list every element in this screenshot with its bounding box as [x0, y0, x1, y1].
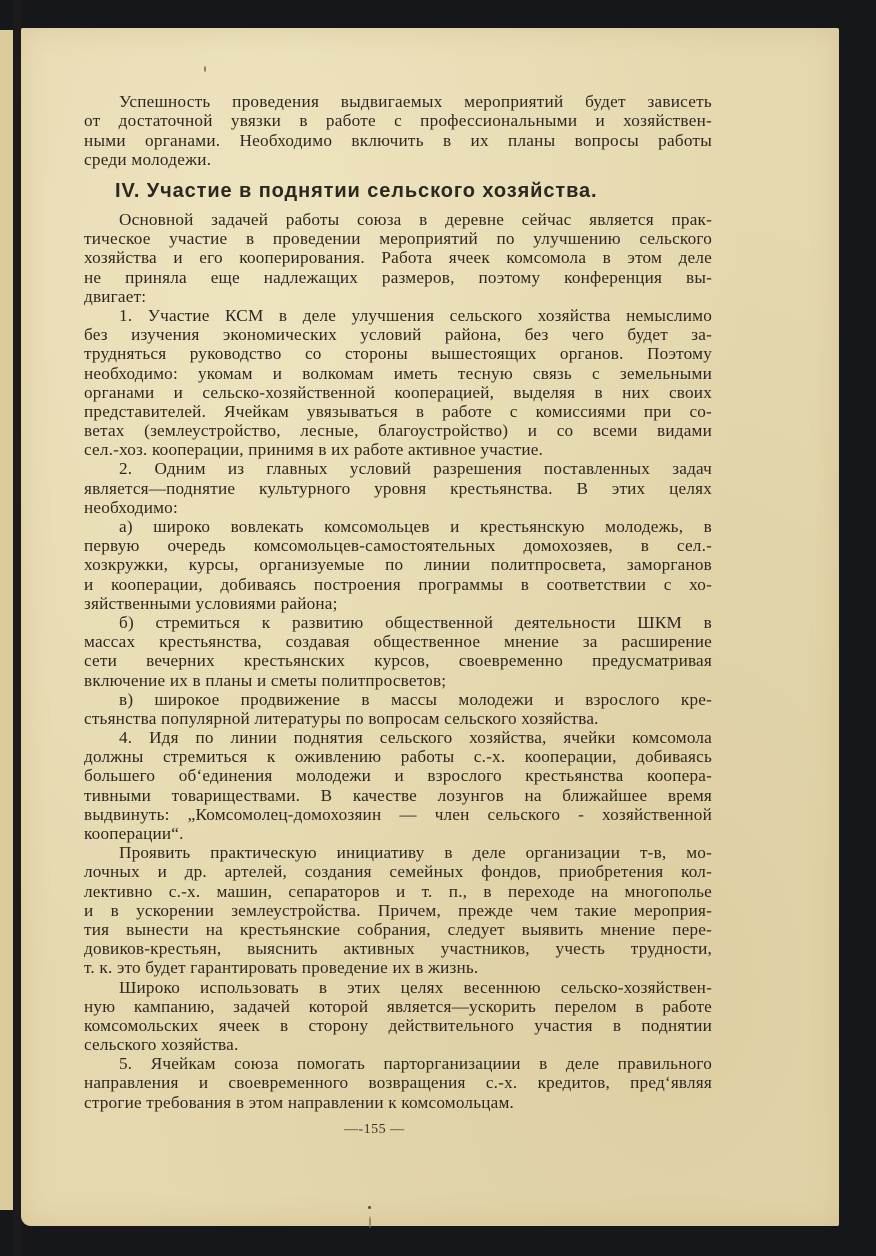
body-line: Широко использовать в этих целях весенню…	[84, 978, 712, 997]
body-line: довиков-крестьян, выяснить активных учас…	[84, 939, 712, 958]
page-number: —-155 —	[344, 1122, 405, 1138]
body-line: ную кампанию, задачей которой является—у…	[84, 997, 712, 1016]
body-line: должны стремиться к оживлению работы с.-…	[84, 747, 712, 766]
body-line: трудняться руководство со стороны вышест…	[84, 344, 712, 363]
paper-speck	[204, 66, 206, 72]
body-line: а) широко вовлекать комсомольцев и крест…	[84, 517, 712, 536]
intro-line: среди молодежи.	[84, 150, 712, 169]
body-line: необходимо:	[84, 498, 712, 517]
body-line: выдвинуть: „Комсомолец-домохозяин — член…	[84, 805, 712, 824]
body-line: не приняла еще надлежащих размеров, поэт…	[84, 268, 712, 287]
body-line: тия вынести на крестьянские собрания, сл…	[84, 920, 712, 939]
body-line: стьянства популярной литературы по вопро…	[84, 709, 712, 728]
paper-speck	[368, 1206, 371, 1209]
body-line: необходимо: укомам и волкомам иметь тесн…	[84, 364, 712, 383]
body-line: без изучения экономических условий район…	[84, 325, 712, 344]
body-line: ветах (землеустройство, лесные, благоуст…	[84, 421, 712, 440]
body-line: направления и своевременного возвращения…	[84, 1073, 712, 1092]
body-line: тическое участие в проведении мероприяти…	[84, 229, 712, 248]
body-line: представителей. Ячейкам увязываться в ра…	[84, 402, 712, 421]
body-line: в) широкое продвижение в массы молодежи …	[84, 690, 712, 709]
body-line: Проявить практическую инициативу в деле …	[84, 843, 712, 862]
section-heading: IV. Участие в поднятии сельского хозяйст…	[115, 180, 598, 203]
section-body: Основной задачей работы союза в деревне …	[84, 210, 712, 1112]
body-line: массах крестьянства, создавая общественн…	[84, 632, 712, 651]
body-line: является—поднятие культурного уровня кре…	[84, 479, 712, 498]
body-line: хозяйства и его кооперирования. Работа я…	[84, 248, 712, 267]
body-line: 5. Ячейкам союза помогать парторганизаци…	[84, 1054, 712, 1073]
body-line: и в ускорении землеустройства. Причем, п…	[84, 901, 712, 920]
body-line: большего об‘единения молодежи и взрослог…	[84, 766, 712, 785]
body-line: т. к. это будет гарантировать проведение…	[84, 958, 712, 977]
intro-line: ными органами. Необходимо включить в их …	[84, 131, 712, 150]
body-line: Основной задачей работы союза в деревне …	[84, 210, 712, 229]
intro-line: от достаточной увязки в работе с професс…	[84, 111, 712, 130]
body-line: 4. Идя по линии поднятия сельского хозяй…	[84, 728, 712, 747]
body-line: строгие требования в этом направлении к …	[84, 1093, 712, 1112]
intro-paragraph: Успешность проведения выдвигаемых меропр…	[84, 92, 712, 170]
body-line: сел.-хоз. кооперации, принимя в их работ…	[84, 440, 712, 459]
intro-line: Успешность проведения выдвигаемых меропр…	[84, 92, 712, 111]
body-line: первую очередь комсомольцев-самостоятель…	[84, 536, 712, 555]
body-line: 2. Одним из главных условий разрешения п…	[84, 459, 712, 478]
body-line: двигает:	[84, 287, 712, 306]
body-line: включение их в планы и сметы политпросве…	[84, 671, 712, 690]
body-line: сельского хозяйства.	[84, 1035, 712, 1054]
body-line: б) стремиться к развитию общественной де…	[84, 613, 712, 632]
body-line: хозкружки, курсы, организуемые по линии …	[84, 555, 712, 574]
body-line: органами и сельско-хозяйственной коопера…	[84, 383, 712, 402]
body-line: комсомольских ячеек в сторону действител…	[84, 1016, 712, 1035]
body-line: зяйственными условиями района;	[84, 594, 712, 613]
body-line: кооперации“.	[84, 824, 712, 843]
paper-speck	[369, 1216, 371, 1228]
body-line: лективно с.-х. машин, сепараторов и т. п…	[84, 882, 712, 901]
body-line: и кооперации, добиваясь построения прогр…	[84, 575, 712, 594]
body-line: 1. Участие КСМ в деле улучшения сельског…	[84, 306, 712, 325]
body-line: сети вечерних крестьянских курсов, своев…	[84, 651, 712, 670]
body-line: лочных и др. артелей, создания семейных …	[84, 862, 712, 881]
body-line: тивными товариществами. В качестве лозун…	[84, 786, 712, 805]
